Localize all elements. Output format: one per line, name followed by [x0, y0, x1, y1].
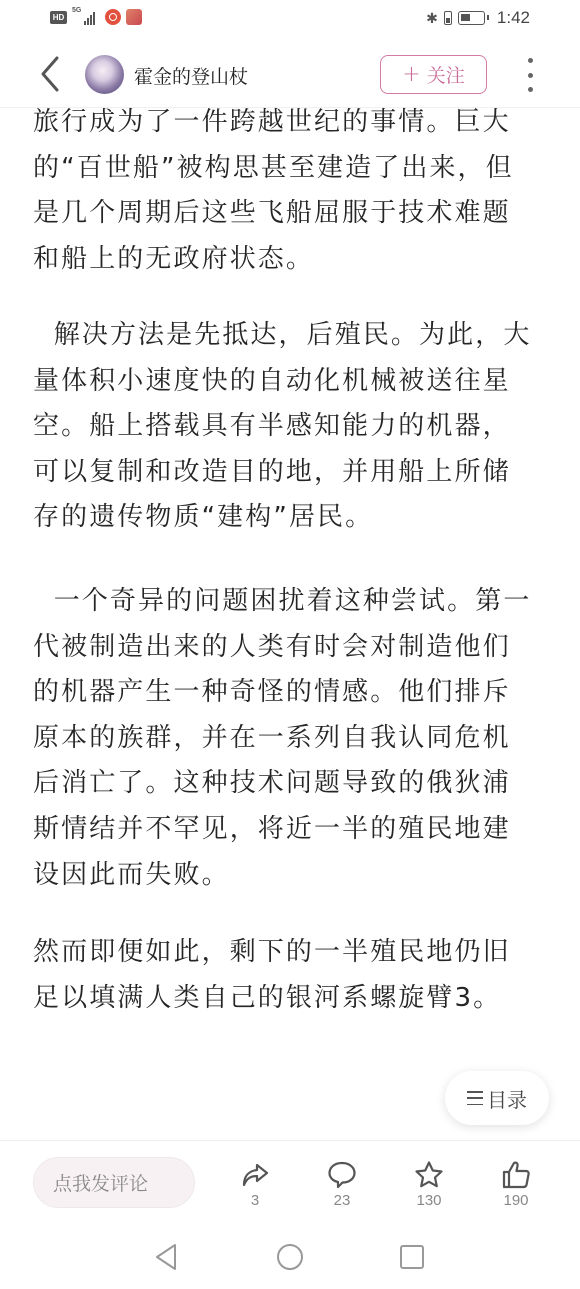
comment-bubble-icon — [326, 1159, 358, 1191]
app-notification-icon-2 — [126, 9, 142, 25]
dot-icon — [528, 58, 533, 63]
phone-battery-icon — [444, 11, 452, 25]
bottom-action-bar: 点我发评论 3 23 130 190 — [0, 1140, 580, 1222]
like-count: 190 — [503, 1192, 528, 1209]
share-count: 3 — [251, 1192, 259, 1209]
avatar[interactable] — [85, 55, 124, 94]
table-of-contents-button[interactable]: 目录 — [445, 1071, 549, 1125]
star-icon — [413, 1159, 445, 1191]
status-left-icons: HD 5G — [50, 9, 142, 25]
bluetooth-icon: ✱ — [426, 10, 438, 27]
comment-button[interactable]: 23 — [317, 1159, 367, 1215]
app-notification-icon — [105, 9, 121, 25]
favorite-button[interactable]: 130 — [404, 1159, 454, 1215]
paragraph: 旅行成为了一件跨越世纪的事情。巨大的“百世船”被构思甚至建造了出来，但是几个周期… — [33, 100, 538, 282]
like-button[interactable]: 190 — [491, 1159, 541, 1215]
dot-icon — [528, 87, 533, 92]
favorite-count: 130 — [416, 1192, 441, 1209]
follow-label: 关注 — [427, 61, 465, 88]
comment-placeholder: 点我发评论 — [53, 1169, 148, 1196]
comment-count: 23 — [334, 1192, 351, 1209]
list-icon — [467, 1091, 483, 1105]
paragraph: 解决方法是先抵达，后殖民。为此，大量体积小速度快的自动化机械被送往星空。船上搭载… — [33, 313, 538, 541]
more-options-button[interactable] — [520, 58, 540, 92]
nav-back-icon[interactable] — [152, 1242, 182, 1272]
header-bar: 霍金的登山杖 + 关注 — [0, 40, 580, 108]
thumbs-up-icon — [500, 1159, 532, 1191]
paragraph: 然而即便如此，剩下的一半殖民地仍旧足以填满人类自己的银河系螺旋臂3。 — [33, 930, 538, 1021]
back-button[interactable] — [35, 54, 65, 94]
chevron-left-icon — [35, 54, 65, 94]
follow-button[interactable]: + 关注 — [380, 55, 487, 94]
comment-input[interactable]: 点我发评论 — [33, 1157, 195, 1208]
clock: 1:42 — [497, 8, 530, 28]
nav-home-icon[interactable] — [275, 1242, 305, 1272]
battery-icon — [458, 11, 485, 25]
share-button[interactable]: 3 — [230, 1159, 280, 1215]
nav-recent-apps-icon[interactable] — [397, 1242, 427, 1272]
hd-icon: HD — [50, 11, 67, 24]
paragraph: 一个奇异的问题困扰着这种尝试。第一代被制造出来的人类有时会对制造他们的机器产生一… — [33, 579, 538, 898]
share-icon — [239, 1159, 271, 1191]
toc-label: 目录 — [487, 1084, 527, 1113]
author-name[interactable]: 霍金的登山杖 — [134, 62, 248, 89]
status-bar: HD 5G ✱ 1:42 — [0, 0, 580, 40]
system-navigation-bar — [0, 1222, 580, 1289]
plus-icon: + — [402, 64, 420, 86]
dot-icon — [528, 73, 533, 78]
signal-icon: 5G — [72, 9, 100, 25]
network-type: 5G — [72, 7, 81, 14]
status-right-icons: ✱ 1:42 — [426, 8, 530, 28]
